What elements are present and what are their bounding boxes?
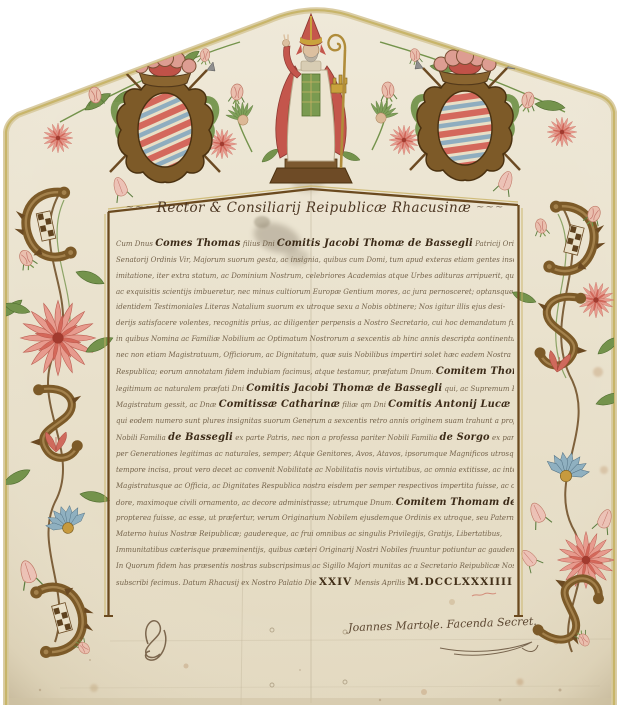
text-segment: subscribi fecimus. Datum Rhacusij ex Nos… — [116, 579, 319, 587]
document-line: subscribi fecimus. Datum Rhacusij ex Nos… — [116, 575, 514, 590]
text-segment: identidem Testimoniales Literas Natalium… — [116, 303, 505, 311]
document-body: Cum Dnus Comes Thomas filius Dni Comitis… — [116, 236, 514, 590]
document-line: imitatione, iter extra statum, ac Domini… — [116, 269, 514, 285]
text-segment: Mensis Aprilis — [352, 579, 407, 587]
text-segment: filiæ qm Dni — [340, 401, 388, 409]
text-segment: Comitis Jacobi Thomæ de Bassegli — [246, 383, 442, 394]
text-segment: Cum Dnus — [116, 240, 155, 248]
text-segment: ex parte Matris — [490, 434, 514, 442]
text-segment: qui eodem numero sunt plures insignitas … — [116, 417, 514, 425]
text-segment: imitatione, iter extra statum, ac Domini… — [116, 272, 514, 280]
document-line: Immunitatibus cæterisque præeminentijs, … — [116, 543, 514, 559]
text-segment: propterea fuisse, ac esse, ut præfertur,… — [116, 514, 514, 522]
text-segment: Nobili Familia — [116, 434, 168, 442]
document-line: identidem Testimoniales Literas Natalium… — [116, 300, 514, 316]
text-segment: M.DCCLXXXIIII — [407, 576, 513, 588]
title-flourish-right: ~ ~ ~ — [476, 202, 503, 213]
text-segment: Comitem Thomam de Bassegli — [396, 497, 514, 508]
title-flourish-left: ~ ~ ~ — [126, 202, 153, 213]
document-line: derijs satisfacere volentes, recognitis … — [116, 316, 514, 332]
text-segment: Comitis Jacobi Thomæ de Bassegli — [277, 238, 473, 249]
text-segment: legitimum ac naturalem præfati Dni — [116, 385, 246, 393]
document-line: Senatorij Ordinis Vir, Majorum suorum ge… — [116, 253, 514, 269]
text-segment: filius Dni — [241, 240, 277, 248]
text-segment: In Quorum fidem has præsentis nostras su… — [116, 562, 514, 570]
text-segment: derijs satisfacere volentes, recognitis … — [116, 319, 514, 327]
text-segment: Comitis Antonij Lucæ de Sorgo, — [388, 399, 514, 410]
text-segment: Immunitatibus cæterisque præeminentijs, … — [116, 546, 514, 554]
text-segment: XXIV — [319, 576, 352, 588]
document-line: Magistratusque ac Officia, ac Dignitates… — [116, 479, 514, 495]
text-segment: Magistratusque ac Officia, ac Dignitates… — [116, 482, 514, 490]
document-line: legitimum ac naturalem præfati Dni Comit… — [116, 381, 514, 398]
document-line: In Quorum fidem has præsentis nostras su… — [116, 559, 514, 575]
text-segment: ac exquisitis scientijs imbueretur, nec … — [116, 288, 513, 296]
text-segment: ex parte Patris, nec non a professa pari… — [233, 434, 440, 442]
text-segment: Senatorij Ordinis Vir, Majorum suorum ge… — [116, 256, 514, 264]
document-line: tempore incisa, prout vero decet ac conv… — [116, 463, 514, 479]
document-line: Respublica; eorum annotatam fidem indubi… — [116, 364, 514, 381]
text-segment: tempore incisa, prout vero decet ac conv… — [116, 466, 514, 474]
document-line: per Generationes legitimas ac naturales,… — [116, 447, 514, 463]
parchment-document: { "document": { "title": "Rector & Consi… — [0, 0, 622, 705]
document-line: in quibus Nomina ac Familiæ Nobilium ac … — [116, 332, 514, 348]
text-segment: Comitem Thomam — [436, 366, 514, 377]
document-line: Magistratum gessit, ac Dnæ Comitissæ Cat… — [116, 397, 514, 414]
text-segment: nec non etiam Magistratuum, Officiorum, … — [116, 351, 511, 359]
text-segment: in quibus Nomina ac Familiæ Nobilium ac … — [116, 335, 514, 343]
text-segment: Comitissæ Catharinæ — [219, 399, 340, 410]
text-segment: qui, ac Supremum Patriæ — [442, 385, 514, 393]
text-segment: Patricij Originarij ac — [473, 240, 514, 248]
document-line: qui eodem numero sunt plures insignitas … — [116, 414, 514, 430]
text-segment: per Generationes legitimas ac naturales,… — [116, 450, 514, 458]
text-segment: de Bassegli — [168, 432, 233, 443]
text-segment: de Sorgo — [440, 432, 490, 443]
document-line: Cum Dnus Comes Thomas filius Dni Comitis… — [116, 236, 514, 253]
text-segment: Respublica; eorum annotatam fidem indubi… — [116, 368, 436, 376]
text-segment: Magistratum gessit, ac Dnæ — [116, 401, 219, 409]
document-line: dore, maximoque civili ornamento, ac dec… — [116, 495, 514, 512]
document-line: nec non etiam Magistratuum, Officiorum, … — [116, 348, 514, 364]
document-line: propterea fuisse, ac esse, ut præfertur,… — [116, 511, 514, 527]
text-segment: Materno huius Nostræ Reipublicæ; gaudere… — [116, 530, 502, 538]
text-segment: Comes Thomas — [155, 238, 240, 249]
document-line: ac exquisitis scientijs imbueretur, nec … — [116, 285, 514, 301]
document-title: ~ ~ ~ Rector & Consiliarij Reipublicæ Rh… — [110, 200, 518, 216]
document-title-text: Rector & Consiliarij Reipublicæ Rhacusin… — [157, 200, 471, 216]
document-line: Nobili Familia de Bassegli ex parte Patr… — [116, 430, 514, 447]
document-line: Materno huius Nostræ Reipublicæ; gaudere… — [116, 527, 514, 543]
text-segment: dore, maximoque civili ornamento, ac dec… — [116, 499, 396, 507]
